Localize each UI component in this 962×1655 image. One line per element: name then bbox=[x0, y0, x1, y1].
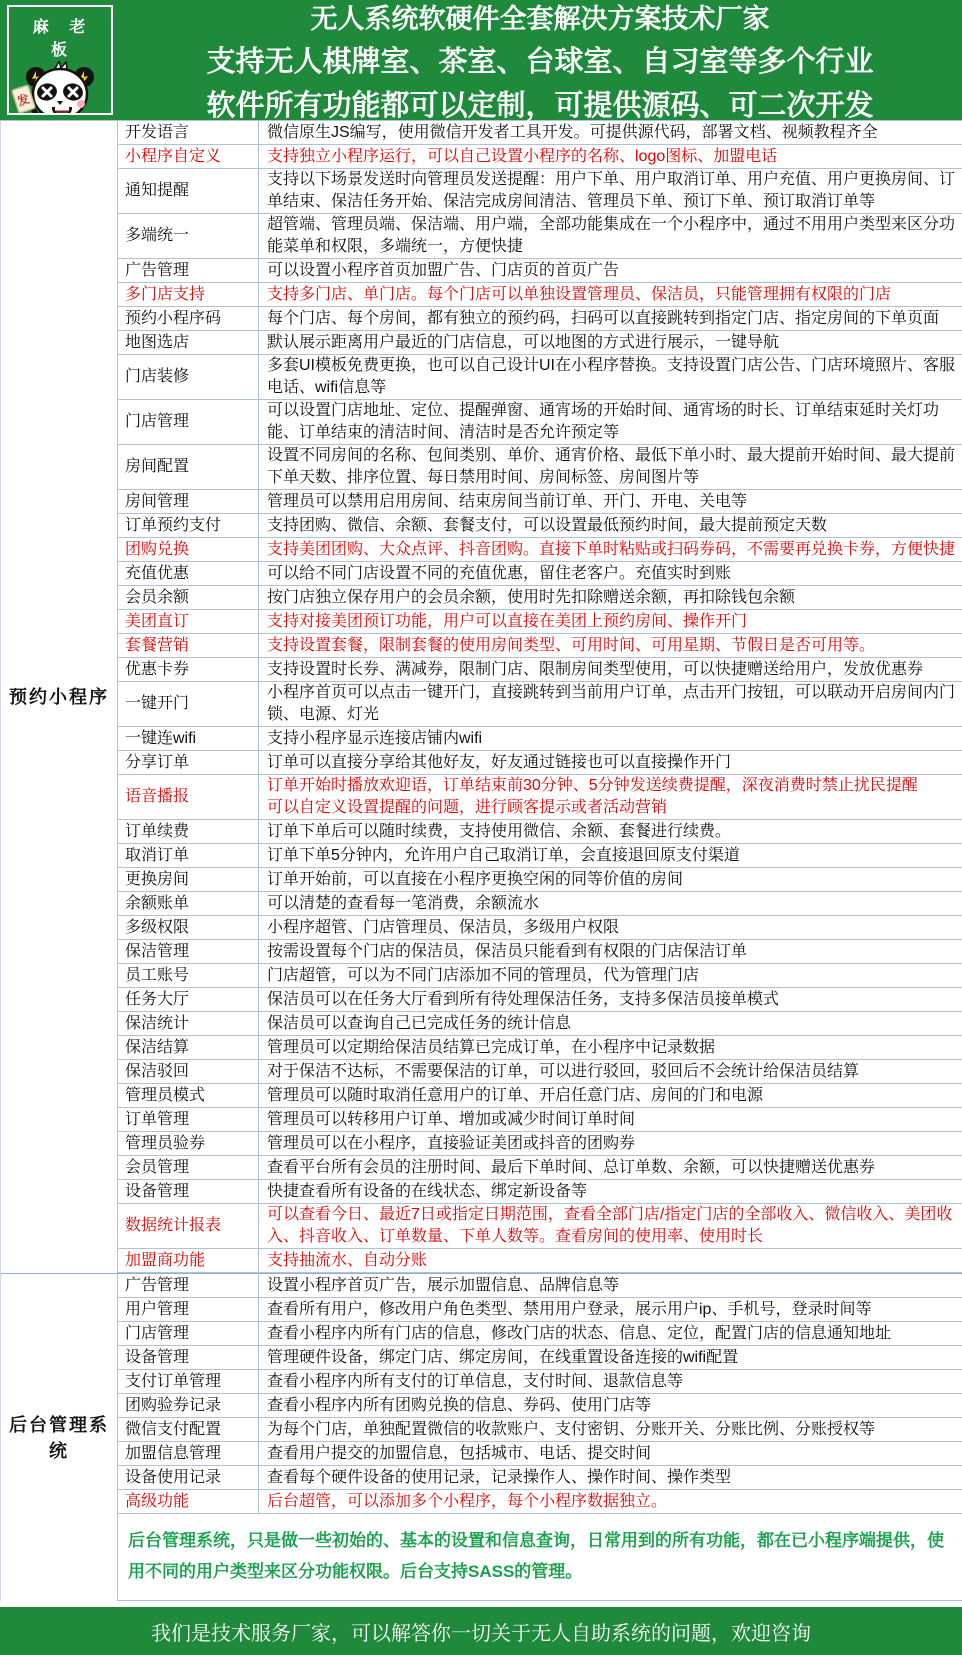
section-rows: 广告管理设置小程序首页广告，展示加盟信息、品牌信息等用户管理查看所有用户，修改用… bbox=[118, 1274, 962, 1601]
desc-cell: 对于保洁不达标，不需要保洁的订单，可以进行驳回，驳回后不会统计给保洁员结算 bbox=[259, 1060, 962, 1083]
desc-cell: 查看小程序内所有支付的订单信息，支付时间、退款信息等 bbox=[259, 1370, 962, 1393]
desc-cell: 按门店独立保存用户的会员余额，使用时先扣除赠送余额，再扣除钱包余额 bbox=[259, 586, 962, 609]
feature-cell: 会员管理 bbox=[118, 1156, 259, 1179]
feature-cell: 广告管理 bbox=[118, 1274, 259, 1297]
desc-cell: 查看用户提交的加盟信息，包括城市、电话、提交时间 bbox=[259, 1442, 962, 1465]
table-row: 加盟信息管理查看用户提交的加盟信息，包括城市、电话、提交时间 bbox=[118, 1442, 962, 1466]
table-row: 微信支付配置为每个门店，单独配置微信的收款账户、支付密钥、分账开关、分账比例、分… bbox=[118, 1418, 962, 1442]
table-row: 员工账号门店超管，可以为不同门店添加不同的管理员，代为管理门店 bbox=[118, 964, 962, 988]
desc-cell: 管理员可以在小程序，直接验证美团或抖音的团购券 bbox=[259, 1132, 962, 1155]
section-mini-program: 预约小程序开发语言微信原生JS编写，使用微信开发者工具开发。可提供源代码，部署文… bbox=[1, 121, 962, 1273]
table-row: 保洁管理按需设置每个门店的保洁员，保洁员只能看到有权限的门店保洁订单 bbox=[118, 940, 962, 964]
desc-cell: 设置不同房间的名称、包间类别、单价、通宵价格、最低下单小时、最大提前开始时间、最… bbox=[259, 445, 962, 489]
feature-cell: 保洁结算 bbox=[118, 1036, 259, 1059]
feature-cell: 美团直订 bbox=[118, 610, 259, 633]
feature-cell: 保洁驳回 bbox=[118, 1060, 259, 1083]
feature-cell: 分享订单 bbox=[118, 751, 259, 774]
section-backend: 后台管理系 统广告管理设置小程序首页广告，展示加盟信息、品牌信息等用户管理查看所… bbox=[1, 1273, 962, 1601]
feature-cell: 微信支付配置 bbox=[118, 1418, 259, 1441]
section-rows: 开发语言微信原生JS编写，使用微信开发者工具开发。可提供源代码，部署文档、视频教… bbox=[118, 121, 962, 1273]
feature-cell: 取消订单 bbox=[118, 844, 259, 867]
table-row: 套餐营销支持设置套餐，限制套餐的使用房间类型、可用时间、可用星期、节假日是否可用… bbox=[118, 634, 962, 658]
feature-cell: 订单管理 bbox=[118, 1108, 259, 1131]
table-row: 分享订单订单可以直接分享给其他好友，好友通过链接也可以直接操作开门 bbox=[118, 751, 962, 775]
desc-cell: 为每个门店，单独配置微信的收款账户、支付密钥、分账开关、分账比例、分账授权等 bbox=[259, 1418, 962, 1441]
desc-cell: 管理员可以禁用启用房间、结束房间当前订单、开门、开电、关电等 bbox=[259, 490, 962, 513]
feature-cell: 团购验券记录 bbox=[118, 1394, 259, 1417]
table-row: 会员管理查看平台所有会员的注册时间、最后下单时间、总订单数、余额，可以快捷赠送优… bbox=[118, 1156, 962, 1180]
footer-text: 我们是技术服务厂家，可以解答你一切关于无人自助系统的问题，欢迎咨询 bbox=[151, 1617, 811, 1646]
feature-cell: 设备使用记录 bbox=[118, 1466, 259, 1489]
desc-cell: 可以设置小程序首页加盟广告、门店页的首页广告 bbox=[259, 259, 962, 282]
desc-cell: 门店超管，可以为不同门店添加不同的管理员，代为管理门店 bbox=[259, 964, 962, 987]
table-row: 美团直订支持对接美团预订功能，用户可以直接在美团上预约房间、操作开门 bbox=[118, 610, 962, 634]
table-row: 更换房间订单开始前，可以直接在小程序更换空闲的同等价值的房间 bbox=[118, 868, 962, 892]
desc-cell: 默认展示距离用户最近的门店信息，可以地图的方式进行展示，一键导航 bbox=[259, 331, 962, 354]
table-row: 保洁统计保洁员可以查询自己已完成任务的统计信息 bbox=[118, 1012, 962, 1036]
desc-cell: 查看所有用户，修改用户角色类型、禁用用户登录，展示用户ip、手机号，登录时间等 bbox=[259, 1298, 962, 1321]
feature-cell: 保洁管理 bbox=[118, 940, 259, 963]
desc-cell: 后台超管，可以添加多个小程序，每个小程序数据独立。 bbox=[259, 1490, 962, 1513]
desc-cell: 查看每个硬件设备的使用记录，记录操作人、操作时间、操作类型 bbox=[259, 1466, 962, 1489]
desc-cell: 快捷查看所有设备的在线状态、绑定新设备等 bbox=[259, 1180, 962, 1203]
desc-cell: 保洁员可以查询自己已完成任务的统计信息 bbox=[259, 1012, 962, 1035]
feature-cell: 房间配置 bbox=[118, 445, 259, 489]
table-row: 任务大厅保洁员可以在任务大厅看到所有待处理保洁任务，支持多保洁员接单模式 bbox=[118, 988, 962, 1012]
feature-cell: 保洁统计 bbox=[118, 1012, 259, 1035]
desc-cell: 支持团购、微信、余额、套餐支付，可以设置最低预约时间，最大提前预定天数 bbox=[259, 514, 962, 537]
table-row: 门店管理可以设置门店地址、定位、提醒弹窗、通宵场的开始时间、通宵场的时长、订单结… bbox=[118, 400, 962, 445]
feature-cell: 设备管理 bbox=[118, 1346, 259, 1369]
desc-cell: 订单开始前，可以直接在小程序更换空闲的同等价值的房间 bbox=[259, 868, 962, 891]
table-row: 保洁结算管理员可以定期给保洁员结算已完成订单，在小程序中记录数据 bbox=[118, 1036, 962, 1060]
desc-cell: 小程序超管、门店管理员、保洁员，多级用户权限 bbox=[259, 916, 962, 939]
table-row: 多端统一超管端、管理员端、保洁端、用户端，全部功能集成在一个小程序中，通过不用用… bbox=[118, 214, 962, 259]
table-row: 多门店支持支持多门店、单门店。每个门店可以单独设置管理员、保洁员，只能管理拥有权… bbox=[118, 283, 962, 307]
table-row: 订单续费订单下单后可以随时续费，支持使用微信、余额、套餐进行续费。 bbox=[118, 820, 962, 844]
feature-cell: 管理员验券 bbox=[118, 1132, 259, 1155]
table-row: 通知提醒支持以下场景发送时向管理员发送提醒：用户下单、用户取消订单、用户充值、用… bbox=[118, 169, 962, 214]
feature-cell: 高级功能 bbox=[118, 1490, 259, 1513]
desc-cell: 可以设置门店地址、定位、提醒弹窗、通宵场的开始时间、通宵场的时长、订单结束延时关… bbox=[259, 400, 962, 444]
table-row: 高级功能后台超管，可以添加多个小程序，每个小程序数据独立。 bbox=[118, 1490, 962, 1514]
header-line-1: 无人系统软硬件全套解决方案技术厂家 bbox=[118, 0, 962, 36]
section-label: 预约小程序 bbox=[1, 121, 118, 1273]
desc-cell: 管理员可以定期给保洁员结算已完成订单，在小程序中记录数据 bbox=[259, 1036, 962, 1059]
table-row: 支付订单管理查看小程序内所有支付的订单信息，支付时间、退款信息等 bbox=[118, 1370, 962, 1394]
feature-cell: 加盟信息管理 bbox=[118, 1442, 259, 1465]
desc-cell: 支持美团团购、大众点评、抖音团购。直接下单时粘贴或扫码券码，不需要再兑换卡券，方… bbox=[259, 538, 962, 561]
desc-cell: 管理员可以随时取消任意用户的订单、开启任意门店、房间的门和电源 bbox=[259, 1084, 962, 1107]
section-label: 后台管理系 统 bbox=[1, 1274, 118, 1601]
table-row: 设备管理管理硬件设备，绑定门店、绑定房间，在线重置设备连接的wifi配置 bbox=[118, 1346, 962, 1370]
feature-cell: 广告管理 bbox=[118, 259, 259, 282]
feature-cell: 多端统一 bbox=[118, 214, 259, 258]
table-row: 团购兑换支持美团团购、大众点评、抖音团购。直接下单时粘贴或扫码券码，不需要再兑换… bbox=[118, 538, 962, 562]
header-line-2: 支持无人棋牌室、茶室、台球室、自习室等多个行业 bbox=[118, 39, 962, 80]
desc-cell: 查看平台所有会员的注册时间、最后下单时间、总订单数、余额，可以快捷赠送优惠券 bbox=[259, 1156, 962, 1179]
desc-cell: 支持抽流水、自动分账 bbox=[259, 1249, 962, 1272]
desc-cell: 小程序首页可以点击一键开门，直接跳转到当前用户订单，点击开门按钮，可以联动开启房… bbox=[259, 682, 962, 726]
desc-cell: 支持以下场景发送时向管理员发送提醒：用户下单、用户取消订单、用户充值、用户更换房… bbox=[259, 169, 962, 213]
table-row: 语音播报订单开始时播放欢迎语，订单结束前30分钟、5分钟发送续费提醒，深夜消费时… bbox=[118, 775, 962, 820]
feature-cell: 团购兑换 bbox=[118, 538, 259, 561]
desc-cell: 设置小程序首页广告，展示加盟信息、品牌信息等 bbox=[259, 1274, 962, 1297]
feature-cell: 订单续费 bbox=[118, 820, 259, 843]
desc-cell: 支持对接美团预订功能，用户可以直接在美团上预约房间、操作开门 bbox=[259, 610, 962, 633]
feature-cell: 会员余额 bbox=[118, 586, 259, 609]
desc-cell: 支持独立小程序运行，可以自己设置小程序的名称、logo图标、加盟电话 bbox=[259, 145, 962, 168]
desc-cell: 保洁员可以在任务大厅看到所有待处理保洁任务，支持多保洁员接单模式 bbox=[259, 988, 962, 1011]
feature-cell: 订单预约支付 bbox=[118, 514, 259, 537]
page-header: 麻 老 板 bbox=[0, 0, 962, 120]
feature-cell: 任务大厅 bbox=[118, 988, 259, 1011]
feature-cell: 门店管理 bbox=[118, 400, 259, 444]
desc-cell: 订单下单后可以随时续费，支持使用微信、余额、套餐进行续费。 bbox=[259, 820, 962, 843]
feature-cell: 房间管理 bbox=[118, 490, 259, 513]
table-row: 广告管理设置小程序首页广告，展示加盟信息、品牌信息等 bbox=[118, 1274, 962, 1298]
table-row: 订单预约支付支持团购、微信、余额、套餐支付，可以设置最低预约时间，最大提前预定天… bbox=[118, 514, 962, 538]
table-row: 管理员验券管理员可以在小程序，直接验证美团或抖音的团购券 bbox=[118, 1132, 962, 1156]
table-row: 优惠卡券支持设置时长券、满减券，限制门店、限制房间类型使用，可以快捷赠送给用户，… bbox=[118, 658, 962, 682]
table-row: 保洁驳回对于保洁不达标，不需要保洁的订单，可以进行驳回，驳回后不会统计给保洁员结… bbox=[118, 1060, 962, 1084]
table-row: 开发语言微信原生JS编写，使用微信开发者工具开发。可提供源代码，部署文档、视频教… bbox=[118, 121, 962, 145]
feature-cell: 数据统计报表 bbox=[118, 1204, 259, 1248]
desc-cell: 管理员可以转移用户订单、增加或减少时间订单时间 bbox=[259, 1108, 962, 1131]
feature-cell: 员工账号 bbox=[118, 964, 259, 987]
header-title-block: 无人系统软硬件全套解决方案技术厂家 支持无人棋牌室、茶室、台球室、自习室等多个行… bbox=[118, 0, 962, 120]
desc-cell: 订单下单5分钟内，允许用户自己取消订单，会直接退回原支付渠道 bbox=[259, 844, 962, 867]
table-row: 一键连wifi支持小程序显示连接店铺内wifi bbox=[118, 727, 962, 751]
feature-cell: 加盟商功能 bbox=[118, 1249, 259, 1272]
feature-cell: 优惠卡券 bbox=[118, 658, 259, 681]
desc-cell: 支持多门店、单门店。每个门店可以单独设置管理员、保洁员，只能管理拥有权限的门店 bbox=[259, 283, 962, 306]
backend-note: 后台管理系统，只是做一些初始的、基本的设置和信息查询，日常用到的所有功能，都在已… bbox=[118, 1514, 962, 1601]
feature-cell: 更换房间 bbox=[118, 868, 259, 891]
feature-cell: 设备管理 bbox=[118, 1180, 259, 1203]
feature-cell: 管理员模式 bbox=[118, 1084, 259, 1107]
desc-cell: 按需设置每个门店的保洁员，保洁员只能看到有权限的门店保洁订单 bbox=[259, 940, 962, 963]
feature-cell: 门店装修 bbox=[118, 355, 259, 399]
table-row: 设备使用记录查看每个硬件设备的使用记录，记录操作人、操作时间、操作类型 bbox=[118, 1466, 962, 1490]
feature-cell: 用户管理 bbox=[118, 1298, 259, 1321]
desc-cell: 支持设置套餐，限制套餐的使用房间类型、可用时间、可用星期、节假日是否可用等。 bbox=[259, 634, 962, 657]
feature-table: 预约小程序开发语言微信原生JS编写，使用微信开发者工具开发。可提供源代码，部署文… bbox=[0, 120, 962, 1601]
panda-mascot-icon: 发 bbox=[9, 61, 111, 115]
feature-cell: 一键连wifi bbox=[118, 727, 259, 750]
desc-cell: 可以清楚的查看每一笔消费，余额流水 bbox=[259, 892, 962, 915]
desc-cell: 支持设置时长券、满减券，限制门店、限制房间类型使用，可以快捷赠送给用户，发放优惠… bbox=[259, 658, 962, 681]
feature-cell: 余额账单 bbox=[118, 892, 259, 915]
feature-cell: 充值优惠 bbox=[118, 562, 259, 585]
table-row: 预约小程序码每个门店、每个房间，都有独立的预约码，扫码可以直接跳转到指定门店、指… bbox=[118, 307, 962, 331]
table-row: 房间管理管理员可以禁用启用房间、结束房间当前订单、开门、开电、关电等 bbox=[118, 490, 962, 514]
table-row: 订单管理管理员可以转移用户订单、增加或减少时间订单时间 bbox=[118, 1108, 962, 1132]
table-row: 团购验券记录查看小程序内所有团购兑换的信息、券码、使用门店等 bbox=[118, 1394, 962, 1418]
feature-cell: 小程序自定义 bbox=[118, 145, 259, 168]
table-row: 一键开门小程序首页可以点击一键开门，直接跳转到当前用户订单，点击开门按钮，可以联… bbox=[118, 682, 962, 727]
table-row: 设备管理快捷查看所有设备的在线状态、绑定新设备等 bbox=[118, 1180, 962, 1204]
desc-cell: 支持小程序显示连接店铺内wifi bbox=[259, 727, 962, 750]
desc-cell: 订单开始时播放欢迎语，订单结束前30分钟、5分钟发送续费提醒，深夜消费时禁止扰民… bbox=[259, 775, 962, 819]
table-row: 取消订单订单下单5分钟内，允许用户自己取消订单，会直接退回原支付渠道 bbox=[118, 844, 962, 868]
header-line-3: 软件所有功能都可以定制，可提供源码、可二次开发 bbox=[118, 83, 962, 124]
table-row: 充值优惠可以给不同门店设置不同的充值优惠，留住老客户。充值实时到账 bbox=[118, 562, 962, 586]
desc-cell: 管理硬件设备，绑定门店、绑定房间，在线重置设备连接的wifi配置 bbox=[259, 1346, 962, 1369]
desc-cell: 微信原生JS编写，使用微信开发者工具开发。可提供源代码，部署文档、视频教程齐全 bbox=[259, 121, 962, 144]
feature-cell: 语音播报 bbox=[118, 775, 259, 819]
panda-logo: 麻 老 板 bbox=[7, 5, 113, 115]
feature-cell: 一键开门 bbox=[118, 682, 259, 726]
table-row: 广告管理可以设置小程序首页加盟广告、门店页的首页广告 bbox=[118, 259, 962, 283]
desc-cell: 查看小程序内所有团购兑换的信息、券码、使用门店等 bbox=[259, 1394, 962, 1417]
table-row: 用户管理查看所有用户，修改用户角色类型、禁用用户登录，展示用户ip、手机号，登录… bbox=[118, 1298, 962, 1322]
feature-cell: 地图选店 bbox=[118, 331, 259, 354]
desc-cell: 超管端、管理员端、保洁端、用户端，全部功能集成在一个小程序中，通过不用用户类型来… bbox=[259, 214, 962, 258]
feature-cell: 套餐营销 bbox=[118, 634, 259, 657]
desc-cell: 可以查看今日、最近7日或指定日期范围，查看全部门店/指定门店的全部收入、微信收入… bbox=[259, 1204, 962, 1248]
table-row: 管理员模式管理员可以随时取消任意用户的订单、开启任意门店、房间的门和电源 bbox=[118, 1084, 962, 1108]
desc-cell: 多套UI模板免费更换，也可以自己设计UI在小程序替换。支持设置门店公告、门店环境… bbox=[259, 355, 962, 399]
table-row: 余额账单可以清楚的查看每一笔消费，余额流水 bbox=[118, 892, 962, 916]
brand-name: 麻 老 板 bbox=[9, 7, 111, 61]
table-row: 加盟商功能支持抽流水、自动分账 bbox=[118, 1249, 962, 1273]
table-row: 会员余额按门店独立保存用户的会员余额，使用时先扣除赠送余额，再扣除钱包余额 bbox=[118, 586, 962, 610]
feature-cell: 预约小程序码 bbox=[118, 307, 259, 330]
table-row: 房间配置设置不同房间的名称、包间类别、单价、通宵价格、最低下单小时、最大提前开始… bbox=[118, 445, 962, 490]
table-row: 小程序自定义支持独立小程序运行，可以自己设置小程序的名称、logo图标、加盟电话 bbox=[118, 145, 962, 169]
feature-cell: 多级权限 bbox=[118, 916, 259, 939]
desc-cell: 查看小程序内所有门店的信息，修改门店的状态、信息、定位，配置门店的信息通知地址 bbox=[259, 1322, 962, 1345]
feature-cell: 开发语言 bbox=[118, 121, 259, 144]
desc-cell: 可以给不同门店设置不同的充值优惠，留住老客户。充值实时到账 bbox=[259, 562, 962, 585]
page-footer: 我们是技术服务厂家，可以解答你一切关于无人自助系统的问题，欢迎咨询 bbox=[0, 1607, 962, 1655]
table-row: 多级权限小程序超管、门店管理员、保洁员，多级用户权限 bbox=[118, 916, 962, 940]
feature-cell: 多门店支持 bbox=[118, 283, 259, 306]
feature-cell: 通知提醒 bbox=[118, 169, 259, 213]
desc-cell: 每个门店、每个房间，都有独立的预约码，扫码可以直接跳转到指定门店、指定房间的下单… bbox=[259, 307, 962, 330]
feature-cell: 门店管理 bbox=[118, 1322, 259, 1345]
table-row: 门店装修多套UI模板免费更换，也可以自己设计UI在小程序替换。支持设置门店公告、… bbox=[118, 355, 962, 400]
table-row: 门店管理查看小程序内所有门店的信息，修改门店的状态、信息、定位，配置门店的信息通… bbox=[118, 1322, 962, 1346]
table-row: 地图选店默认展示距离用户最近的门店信息，可以地图的方式进行展示，一键导航 bbox=[118, 331, 962, 355]
desc-cell: 订单可以直接分享给其他好友，好友通过链接也可以直接操作开门 bbox=[259, 751, 962, 774]
feature-cell: 支付订单管理 bbox=[118, 1370, 259, 1393]
table-row: 数据统计报表可以查看今日、最近7日或指定日期范围，查看全部门店/指定门店的全部收… bbox=[118, 1204, 962, 1249]
